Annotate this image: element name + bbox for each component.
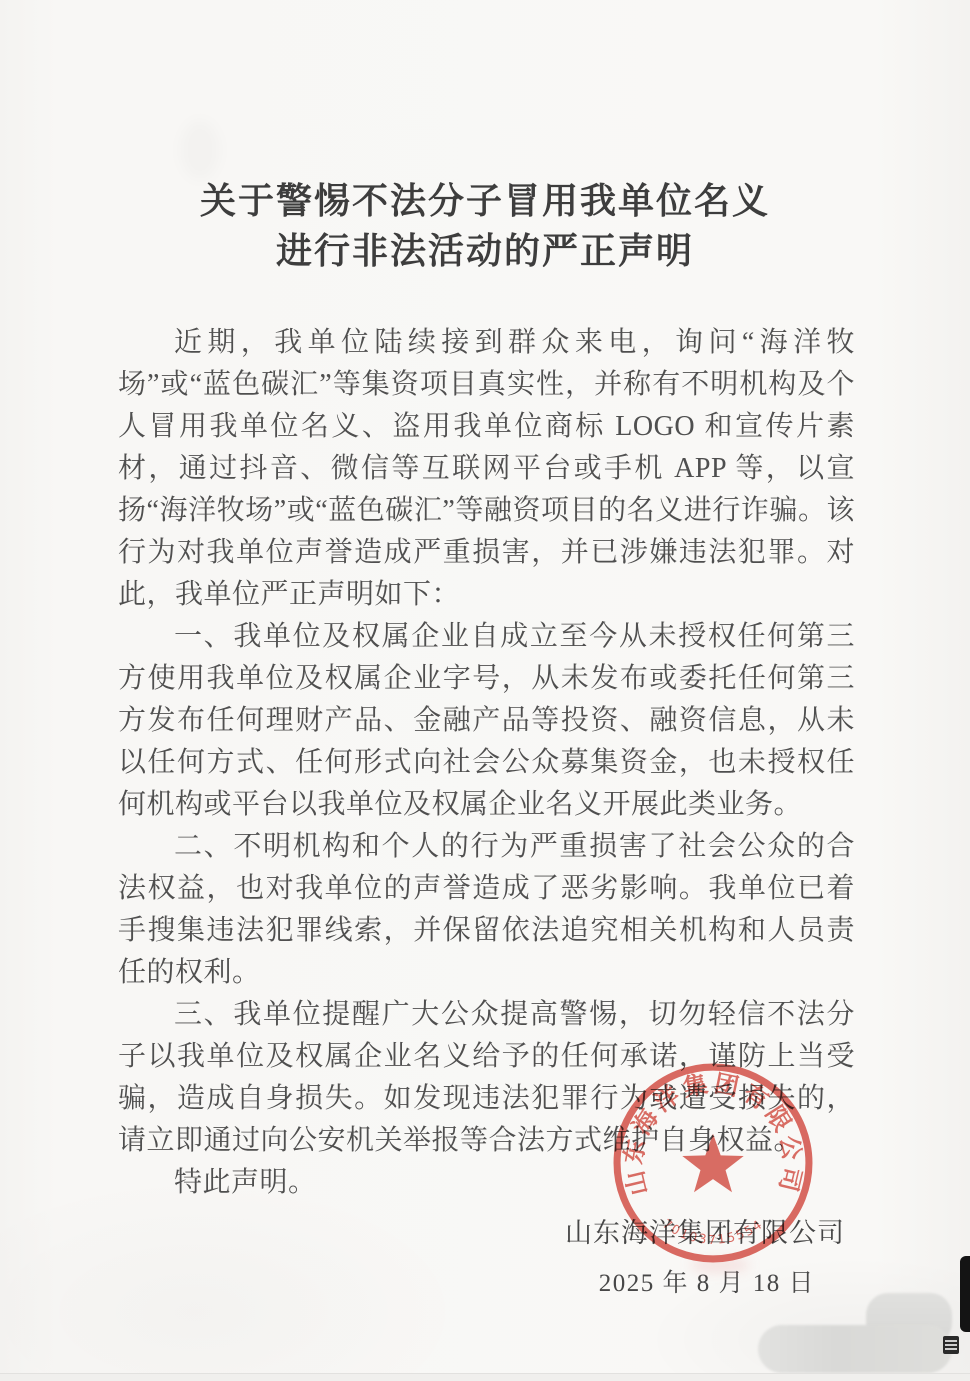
scanned-document-page: { "doc": { "title": [ "关于警惕不法分子冒用我单位名义",…: [0, 0, 970, 1381]
paragraph-intro: 近期，我单位陆续接到群众来电，询问“海洋牧场”或“蓝色碳汇”等集资项目真实性，并…: [118, 322, 855, 616]
document-body: 近期，我单位陆续接到群众来电，询问“海洋牧场”或“蓝色碳汇”等集资项目真实性，并…: [118, 322, 855, 1204]
corner-watermark-glyph: [943, 1336, 959, 1354]
seal-ink-smudge: [690, 1258, 750, 1272]
paragraph-item-2: 二、不明机构和个人的行为严重损害了社会公众的合法权益，也对我单位的声誉造成了恶劣…: [118, 826, 855, 994]
document-title: 关于警惕不法分子冒用我单位名义 进行非法活动的严正声明: [0, 176, 970, 276]
signature-block: 山东海洋集团有限公司 2025 年 8 月 18 日: [0, 1216, 970, 1300]
paragraph-closing: 特此声明。: [118, 1162, 855, 1204]
paragraph-item-3: 三、我单位提醒广大公众提高警惕，切勿轻信不法分子以我单位及权属企业名义给予的任何…: [118, 994, 855, 1162]
company-signature: 山东海洋集团有限公司: [0, 1216, 970, 1250]
document-title-line1: 关于警惕不法分子冒用我单位名义: [0, 176, 970, 226]
document-title-line2: 进行非法活动的严正声明: [0, 226, 970, 276]
page-bottom-edge: [0, 1373, 970, 1381]
document-date: 2025 年 8 月 18 日: [0, 1268, 970, 1300]
blurred-watermark-lower: [758, 1325, 952, 1373]
paragraph-item-1: 一、我单位及权属企业自成立至今从未授权任何第三方使用我单位及权属企业字号，从未发…: [118, 616, 855, 826]
scan-smudge: [180, 120, 220, 180]
paper-background: 关于警惕不法分子冒用我单位名义 进行非法活动的严正声明 近期，我单位陆续接到群众…: [0, 0, 970, 1381]
scan-edge-artifact: [960, 1256, 970, 1332]
